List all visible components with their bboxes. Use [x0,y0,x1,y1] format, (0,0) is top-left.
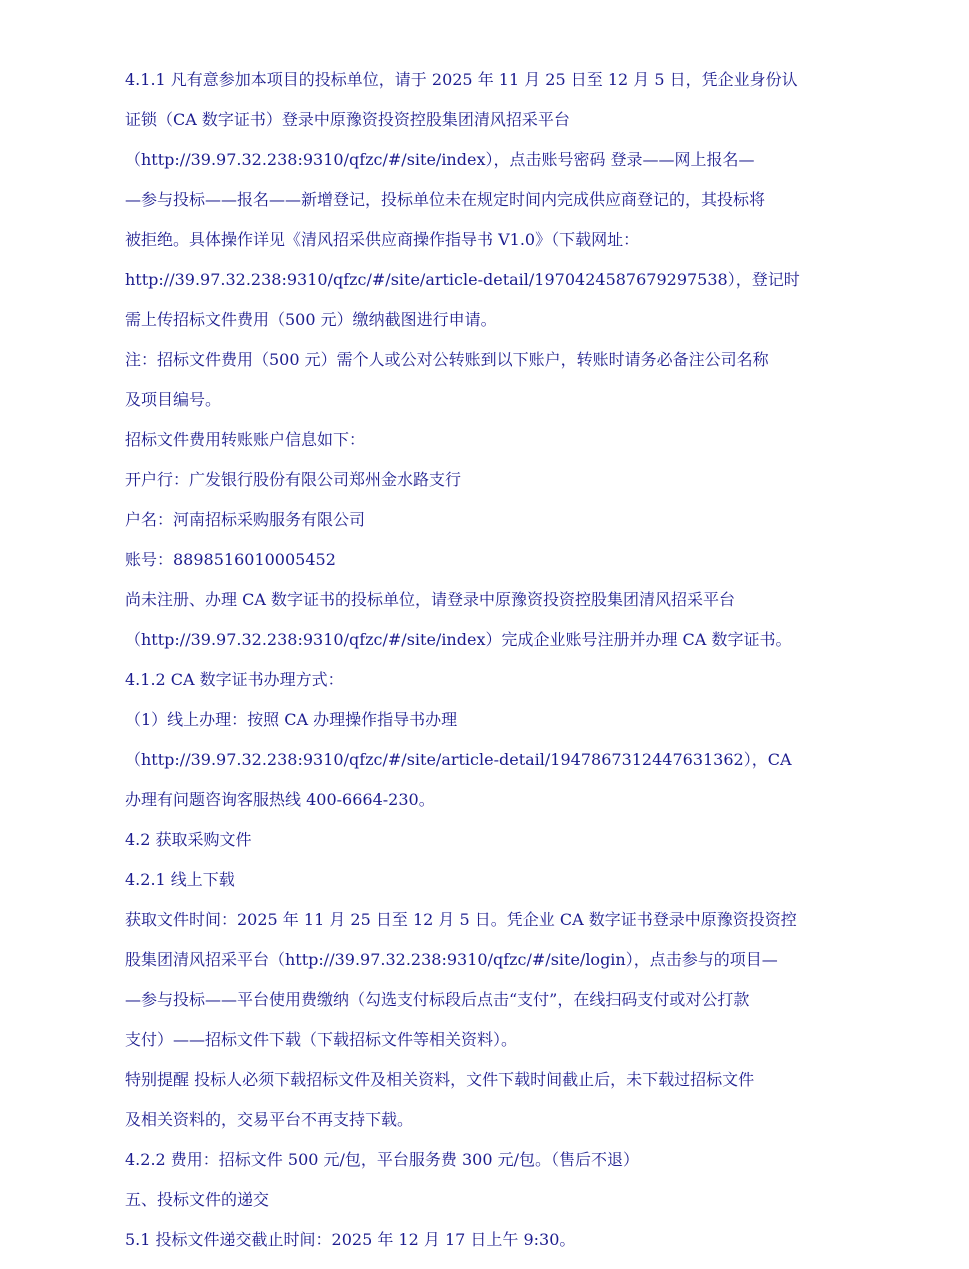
text-line: 及相关资料的，交易平台不再支持下载。 [125,1100,837,1140]
document-body: 4.1.1 凡有意参加本项目的投标单位，请于 2025 年 11 月 25 日至… [125,60,837,1260]
section-heading-4-2-2: 4.2.2 费用：招标文件 500 元/包，平台服务费 300 元/包。（售后不… [125,1140,837,1180]
hotline: 办理有问题咨询客服热线 400-6664-230。 [125,780,837,820]
section-heading-5-1: 5.1 投标文件递交截止时间：2025 年 12 月 17 日上午 9:30。 [125,1220,837,1260]
text-line: 及项目编号。 [125,380,837,420]
section-heading-4-2-1: 4.2.1 线上下载 [125,860,837,900]
account-info-heading: 招标文件费用转账账户信息如下： [125,420,837,460]
section-heading-4-1-2: 4.1.2 CA 数字证书办理方式： [125,660,837,700]
account-holder: 户名：河南招标采购服务有限公司 [125,500,837,540]
section-heading-4-2: 4.2 获取采购文件 [125,820,837,860]
text-line: 被拒绝。具体操作详见《清风招采供应商操作指导书 V1.0》（下载网址： [125,220,837,260]
text-line: 支付）——招标文件下载（下载招标文件等相关资料）。 [125,1020,837,1060]
text-line-url: 股集团清风招采平台（http://39.97.32.238:9310/qfzc/… [125,940,837,980]
text-line: 证锁（CA 数字证书）登录中原豫资投资控股集团清风招采平台 [125,100,837,140]
text-line: 需上传招标文件费用（500 元）缴纳截图进行申请。 [125,300,837,340]
text-line-url: http://39.97.32.238:9310/qfzc/#/site/art… [125,260,837,300]
text-line: —参与投标——平台使用费缴纳（勾选支付标段后点击“支付”，在线扫码支付或对公打款 [125,980,837,1020]
section-heading-5: 五、投标文件的递交 [125,1180,837,1220]
special-reminder: 特别提醒 投标人必须下载招标文件及相关资料，文件下载时间截止后，未下载过招标文件 [125,1060,837,1100]
text-line: （1）线上办理：按照 CA 办理操作指导书办理 [125,700,837,740]
text-line: 4.1.1 凡有意参加本项目的投标单位，请于 2025 年 11 月 25 日至… [125,60,837,100]
text-line: 尚未注册、办理 CA 数字证书的投标单位，请登录中原豫资投资控股集团清风招采平台 [125,580,837,620]
text-line-url: （http://39.97.32.238:9310/qfzc/#/site/ar… [125,740,837,780]
text-line: —参与投标——报名——新增登记，投标单位未在规定时间内完成供应商登记的，其投标将 [125,180,837,220]
fee-note: 注：招标文件费用（500 元）需个人或公对公转账到以下账户，转账时请务必备注公司… [125,340,837,380]
account-number: 账号：8898516010005452 [125,540,837,580]
text-line: 获取文件时间：2025 年 11 月 25 日至 12 月 5 日。凭企业 CA… [125,900,837,940]
text-line-url: （http://39.97.32.238:9310/qfzc/#/site/in… [125,140,837,180]
text-line-url: （http://39.97.32.238:9310/qfzc/#/site/in… [125,620,837,660]
bank-name: 开户行：广发银行股份有限公司郑州金水路支行 [125,460,837,500]
